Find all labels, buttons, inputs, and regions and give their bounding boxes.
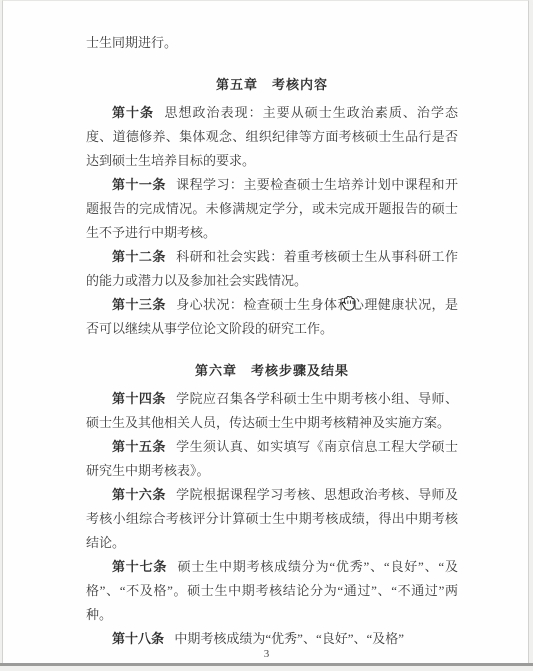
- document-page: 士生同期进行。 第五章 考核内容 第十条思想政治表现：主要从硕士生政治素质、治学…: [2, 0, 529, 663]
- article-16-number-label: 第十六条: [112, 487, 166, 502]
- chapter-6-heading: 第六章 考核步骤及结果: [86, 359, 458, 383]
- article-15-paragraph: 第十五条学生须认真、如实填写《南京信息工程大学硕士研究生中期考核表》。: [86, 435, 458, 483]
- article-11-number-label: 第十一条: [112, 177, 166, 192]
- article-13-paragraph: 第十三条身心状况：检查硕士生身体和心理健康状况，是否可以继续从事学位论文阶段的研…: [86, 293, 458, 341]
- chapter-5-heading: 第五章 考核内容: [86, 73, 458, 97]
- article-12-number-label: 第十二条: [112, 249, 166, 264]
- document-viewer: { "document": { "continuation_line": "士生…: [0, 0, 533, 671]
- article-18-number-label: 第十八条: [112, 631, 164, 646]
- page-bottom-edge: [0, 663, 533, 666]
- continuation-line: 士生同期进行。: [86, 31, 458, 55]
- article-16-paragraph: 第十六条学院根据课程学习考核、思想政治考核、导师及考核小组综合考核评分计算硕士生…: [86, 483, 458, 555]
- article-15-number-label: 第十五条: [112, 439, 166, 454]
- article-14-paragraph: 第十四条学院应召集各学科硕士生中期考核小组、导师、硕士生及其他相关人员，传达硕士…: [86, 387, 458, 435]
- article-14-number-label: 第十四条: [112, 391, 166, 406]
- article-18-text: 中期考核成绩为“优秀”、“良好”、“及格”: [174, 631, 404, 646]
- article-17-paragraph: 第十七条硕士生中期考核成绩分为“优秀”、“良好”、“及格”、“不及格”。硕士生中…: [86, 555, 458, 627]
- page-text-column: 士生同期进行。 第五章 考核内容 第十条思想政治表现：主要从硕士生政治素质、治学…: [86, 31, 458, 651]
- page-number: 3: [0, 648, 533, 660]
- article-10-paragraph: 第十条思想政治表现：主要从硕士生政治素质、治学态度、道德修养、集体观念、组织纪律…: [86, 101, 458, 173]
- article-11-paragraph: 第十一条课程学习：主要检查硕士生培养计划中课程和开题报告的完成情况。未修满规定学…: [86, 173, 458, 245]
- article-12-paragraph: 第十二条科研和社会实践：着重考核硕士生从事科研工作的能力或潜力以及参加社会实践情…: [86, 245, 458, 293]
- article-17-number-label: 第十七条: [112, 559, 167, 574]
- article-10-number-label: 第十条: [112, 105, 154, 120]
- article-13-number-label: 第十三条: [112, 297, 166, 312]
